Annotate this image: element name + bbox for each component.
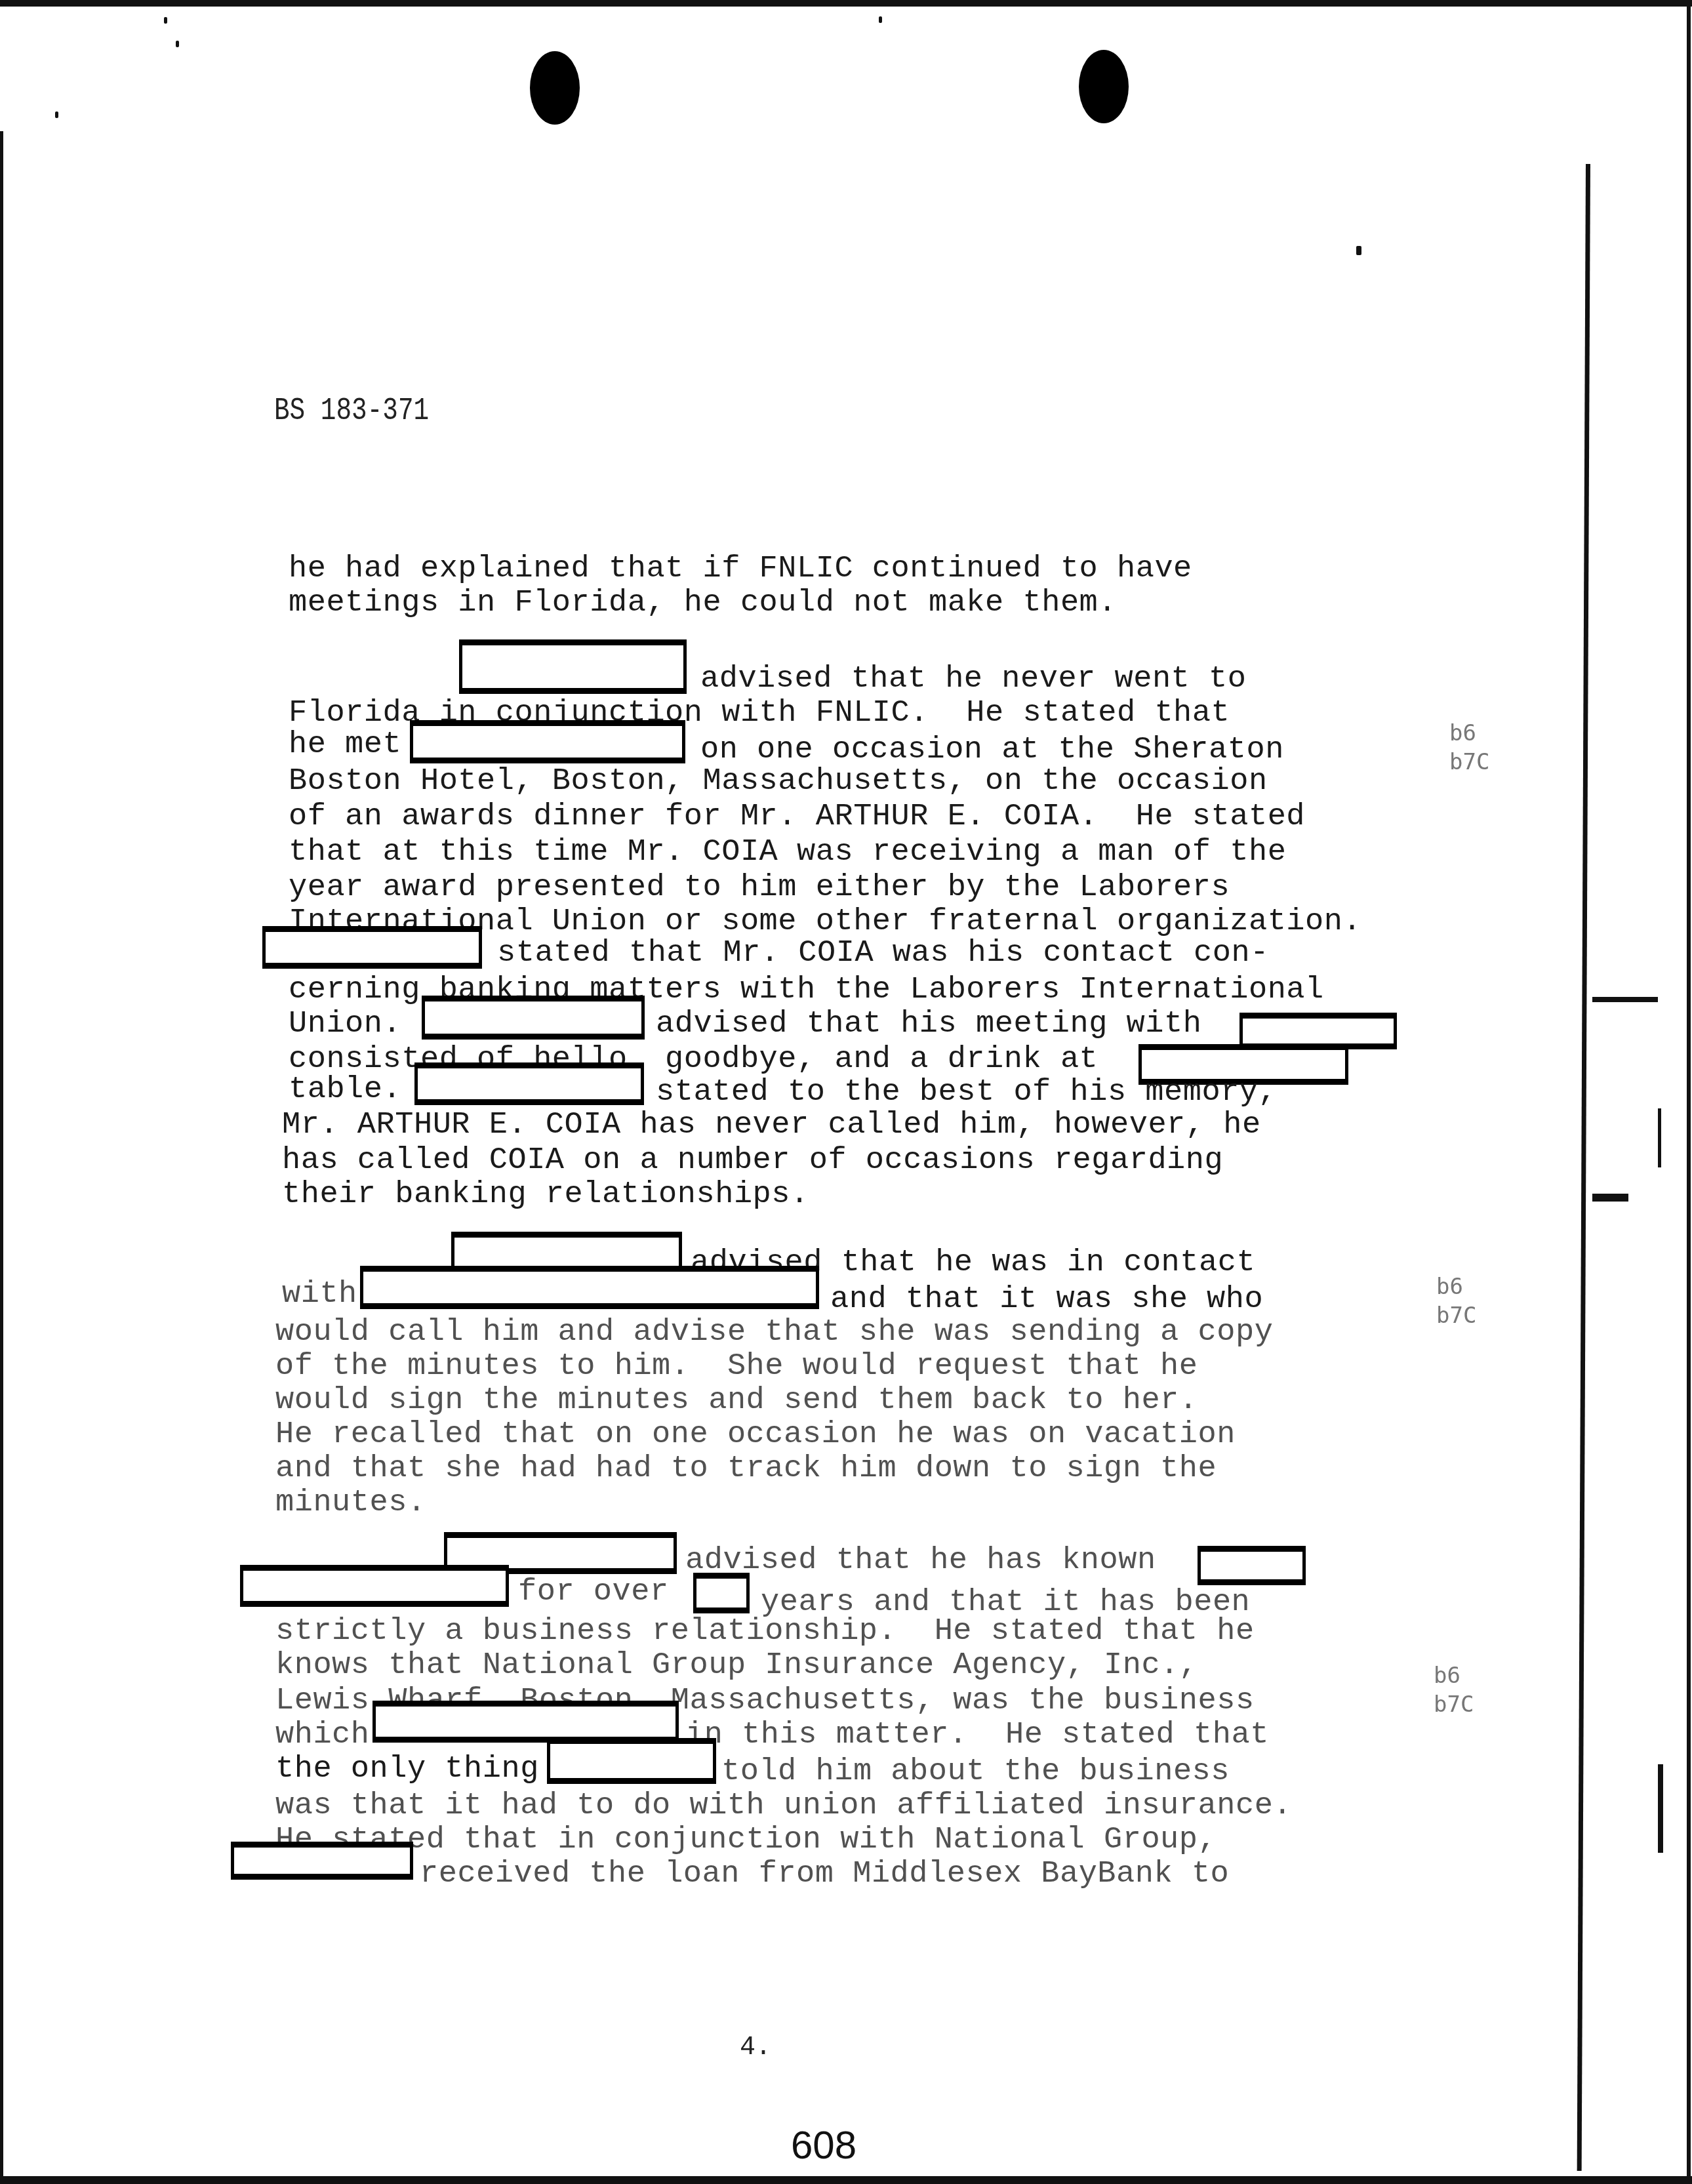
text-line: on one occasion at the Sheraton bbox=[700, 733, 1284, 767]
text-line: has called COIA on a number of occasions… bbox=[282, 1144, 1223, 1178]
text-line: Union. bbox=[289, 1007, 401, 1041]
punch-hole-right bbox=[1079, 50, 1129, 123]
scan-border-left bbox=[0, 131, 3, 2184]
text-line: He stated that in conjunction with Natio… bbox=[275, 1823, 1217, 1857]
scan-speck bbox=[1356, 246, 1361, 255]
redaction-box bbox=[410, 720, 685, 763]
text-line: would sign the minutes and send them bac… bbox=[275, 1384, 1198, 1418]
scan-speck bbox=[164, 17, 167, 24]
text-line: he had explained that if FNLIC continued… bbox=[289, 552, 1192, 586]
scan-border-right bbox=[1687, 0, 1691, 2184]
exemption-b6: b6 bbox=[1436, 1274, 1463, 1300]
text-line: told him about the business bbox=[721, 1755, 1230, 1789]
text-line: would call him and advise that she was s… bbox=[275, 1316, 1273, 1350]
exemption-b6: b6 bbox=[1449, 720, 1476, 746]
text-line: and that it was she who bbox=[830, 1283, 1263, 1317]
text-line: strictly a business relationship. He sta… bbox=[275, 1615, 1255, 1649]
redaction-box bbox=[414, 1062, 644, 1105]
text-line: minutes. bbox=[275, 1486, 426, 1520]
redaction-box bbox=[373, 1701, 679, 1743]
redaction-box bbox=[422, 996, 645, 1040]
staple-mark bbox=[1592, 997, 1658, 1002]
text-line: advised that he has known bbox=[685, 1544, 1156, 1578]
exemption-code-3: b6 b7C bbox=[1434, 1661, 1474, 1719]
text-line: meetings in Florida, he could not make t… bbox=[289, 586, 1117, 620]
text-line: he met bbox=[289, 728, 401, 762]
text-line: for over bbox=[518, 1575, 669, 1609]
document-page: BS 183-371 he had explained that if FNLI… bbox=[0, 0, 1692, 2184]
text-line: year award presented to him either by th… bbox=[289, 871, 1230, 905]
redaction-box bbox=[1198, 1546, 1306, 1585]
text-line: the only thing bbox=[275, 1752, 539, 1787]
text-line: Boston Hotel, Boston, Massachusetts, on … bbox=[289, 765, 1268, 799]
page-marker: 4. bbox=[740, 2033, 771, 2063]
text-line: of an awards dinner for Mr. ARTHUR E. CO… bbox=[289, 800, 1305, 834]
text-line: their banking relationships. bbox=[282, 1178, 809, 1212]
text-line: which bbox=[275, 1718, 370, 1752]
text-line: with bbox=[282, 1278, 357, 1312]
text-line: Mr. ARTHUR E. COIA has never called him,… bbox=[282, 1108, 1261, 1143]
text-line: of the minutes to him. She would request… bbox=[275, 1350, 1198, 1384]
text-line: advised that he never went to bbox=[700, 662, 1246, 697]
punch-hole-left bbox=[530, 51, 580, 125]
text-line: table. bbox=[289, 1073, 401, 1107]
text-line: consisted of hello, goodbye, and a drink… bbox=[289, 1043, 1098, 1077]
text-line: stated to the best of his memory, bbox=[656, 1076, 1277, 1110]
redaction-box bbox=[360, 1266, 819, 1309]
staple-mark bbox=[1658, 1764, 1663, 1853]
text-line: received the loan from Middlesex BayBank… bbox=[420, 1857, 1229, 1891]
scan-border-bottom bbox=[0, 2176, 1692, 2184]
scan-speck bbox=[176, 41, 179, 47]
scan-speck bbox=[55, 111, 58, 118]
margin-rule bbox=[1577, 164, 1590, 2171]
redaction-box bbox=[547, 1738, 716, 1784]
redaction-box bbox=[459, 639, 687, 694]
text-line: knows that National Group Insurance Agen… bbox=[275, 1649, 1198, 1683]
scan-speck bbox=[879, 16, 882, 23]
text-line: He recalled that on one occasion he was … bbox=[275, 1418, 1236, 1452]
scan-border-top bbox=[0, 0, 1692, 7]
exemption-b7c: b7C bbox=[1434, 1691, 1474, 1718]
file-number: BS 183-371 bbox=[274, 394, 429, 429]
text-line: was that it had to do with union affilia… bbox=[275, 1789, 1292, 1823]
exemption-b6: b6 bbox=[1434, 1663, 1460, 1689]
exemption-b7c: b7C bbox=[1436, 1303, 1476, 1329]
redaction-box bbox=[231, 1842, 413, 1880]
staple-mark bbox=[1592, 1194, 1628, 1202]
text-line: in this matter. He stated that bbox=[685, 1718, 1269, 1752]
redaction-box bbox=[693, 1573, 750, 1613]
page-number: 608 bbox=[791, 2122, 856, 2168]
text-line: advised that his meeting with bbox=[656, 1007, 1201, 1041]
exemption-b7c: b7C bbox=[1449, 749, 1489, 775]
text-line: stated that Mr. COIA was his contact con… bbox=[497, 937, 1269, 971]
staple-mark bbox=[1658, 1108, 1661, 1167]
exemption-code-1: b6 b7C bbox=[1449, 719, 1489, 777]
redaction-box bbox=[262, 926, 482, 969]
text-line: that at this time Mr. COIA was receiving… bbox=[289, 836, 1286, 870]
exemption-code-2: b6 b7C bbox=[1436, 1272, 1476, 1330]
redaction-box bbox=[240, 1565, 509, 1607]
text-line: and that she had had to track him down t… bbox=[275, 1452, 1217, 1486]
